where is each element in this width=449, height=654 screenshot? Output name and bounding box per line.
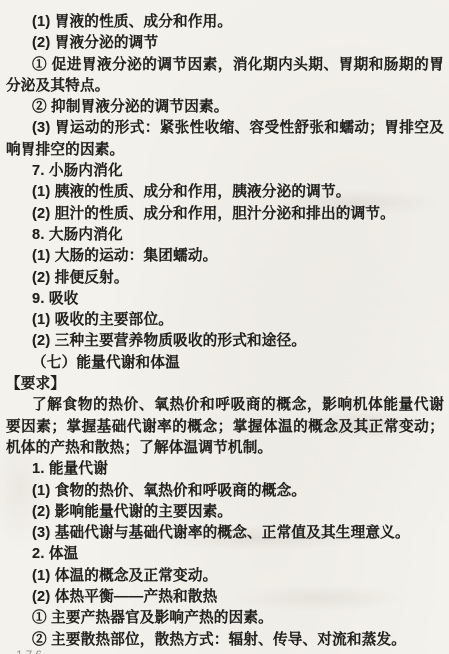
- requirements-label: 【要求】: [0, 374, 449, 395]
- text-line: (1) 体温的概念及正常变动。: [0, 566, 449, 587]
- section-heading: 1. 能量代谢: [0, 459, 449, 480]
- text-line: (3) 胃运动的形式：紧张性收缩、容受性舒张和蠕动；胃排空及影: [0, 118, 449, 139]
- scanned-textbook-page: (1) 胃液的性质、成分和作用。 (2) 胃液分泌的调节 ① 促进胃液分泌的调节…: [0, 0, 449, 654]
- text-line: (1) 胃液的性质、成分和作用。: [0, 12, 449, 33]
- text-line: ① 促进胃液分泌的调节因素，消化期内头期、胃期和肠期的胃液: [0, 55, 449, 76]
- text-line: 响胃排空的因素。: [0, 140, 449, 161]
- text-line: (2) 胃液分泌的调节: [0, 33, 449, 54]
- text-line: (1) 大肠的运动：集团蠕动。: [0, 246, 449, 267]
- section-heading: 8. 大肠内消化: [0, 225, 449, 246]
- section-heading: 7. 小肠内消化: [0, 161, 449, 182]
- text-line: (2) 三种主要营养物质吸收的形式和途径。: [0, 331, 449, 352]
- text-line: (1) 吸收的主要部位。: [0, 310, 449, 331]
- text-line: (1) 食物的热价、氧热价和呼吸商的概念。: [0, 481, 449, 502]
- text-line: (3) 基础代谢与基础代谢率的概念、正常值及其生理意义。: [0, 523, 449, 544]
- section-heading: 9. 吸收: [0, 289, 449, 310]
- text-line: 分泌及其特点。: [0, 76, 449, 97]
- text-line: ① 主要产热器官及影响产热的因素。: [0, 608, 449, 629]
- chapter-heading: （七）能量代谢和体温: [0, 353, 449, 374]
- text-line: (1) 胰液的性质、成分和作用，胰液分泌的调节。: [0, 182, 449, 203]
- text-line: 了解食物的热价、氧热价和呼吸商的概念，影响机体能量代谢的主: [0, 395, 449, 416]
- text-line: ② 抑制胃液分泌的调节因素。: [0, 97, 449, 118]
- text-line: ② 主要散热部位，散热方式：辐射、传导、对流和蒸发。: [0, 630, 449, 651]
- body-text: (1) 胃液的性质、成分和作用。 (2) 胃液分泌的调节 ① 促进胃液分泌的调节…: [0, 12, 449, 651]
- section-heading: 2. 体温: [0, 544, 449, 565]
- page-number: 176: [16, 648, 45, 654]
- text-line: (2) 胆汁的性质、成分和作用，胆汁分泌和排出的调节。: [0, 204, 449, 225]
- text-line: (2) 影响能量代谢的主要因素。: [0, 502, 449, 523]
- text-line: (2) 排便反射。: [0, 268, 449, 289]
- text-line: 机体的产热和散热；了解体温调节机制。: [0, 438, 449, 459]
- text-line: (2) 体热平衡——产热和散热: [0, 587, 449, 608]
- text-line: 要因素；掌握基础代谢率的概念；掌握体温的概念及其正常变动；掌握: [0, 417, 449, 438]
